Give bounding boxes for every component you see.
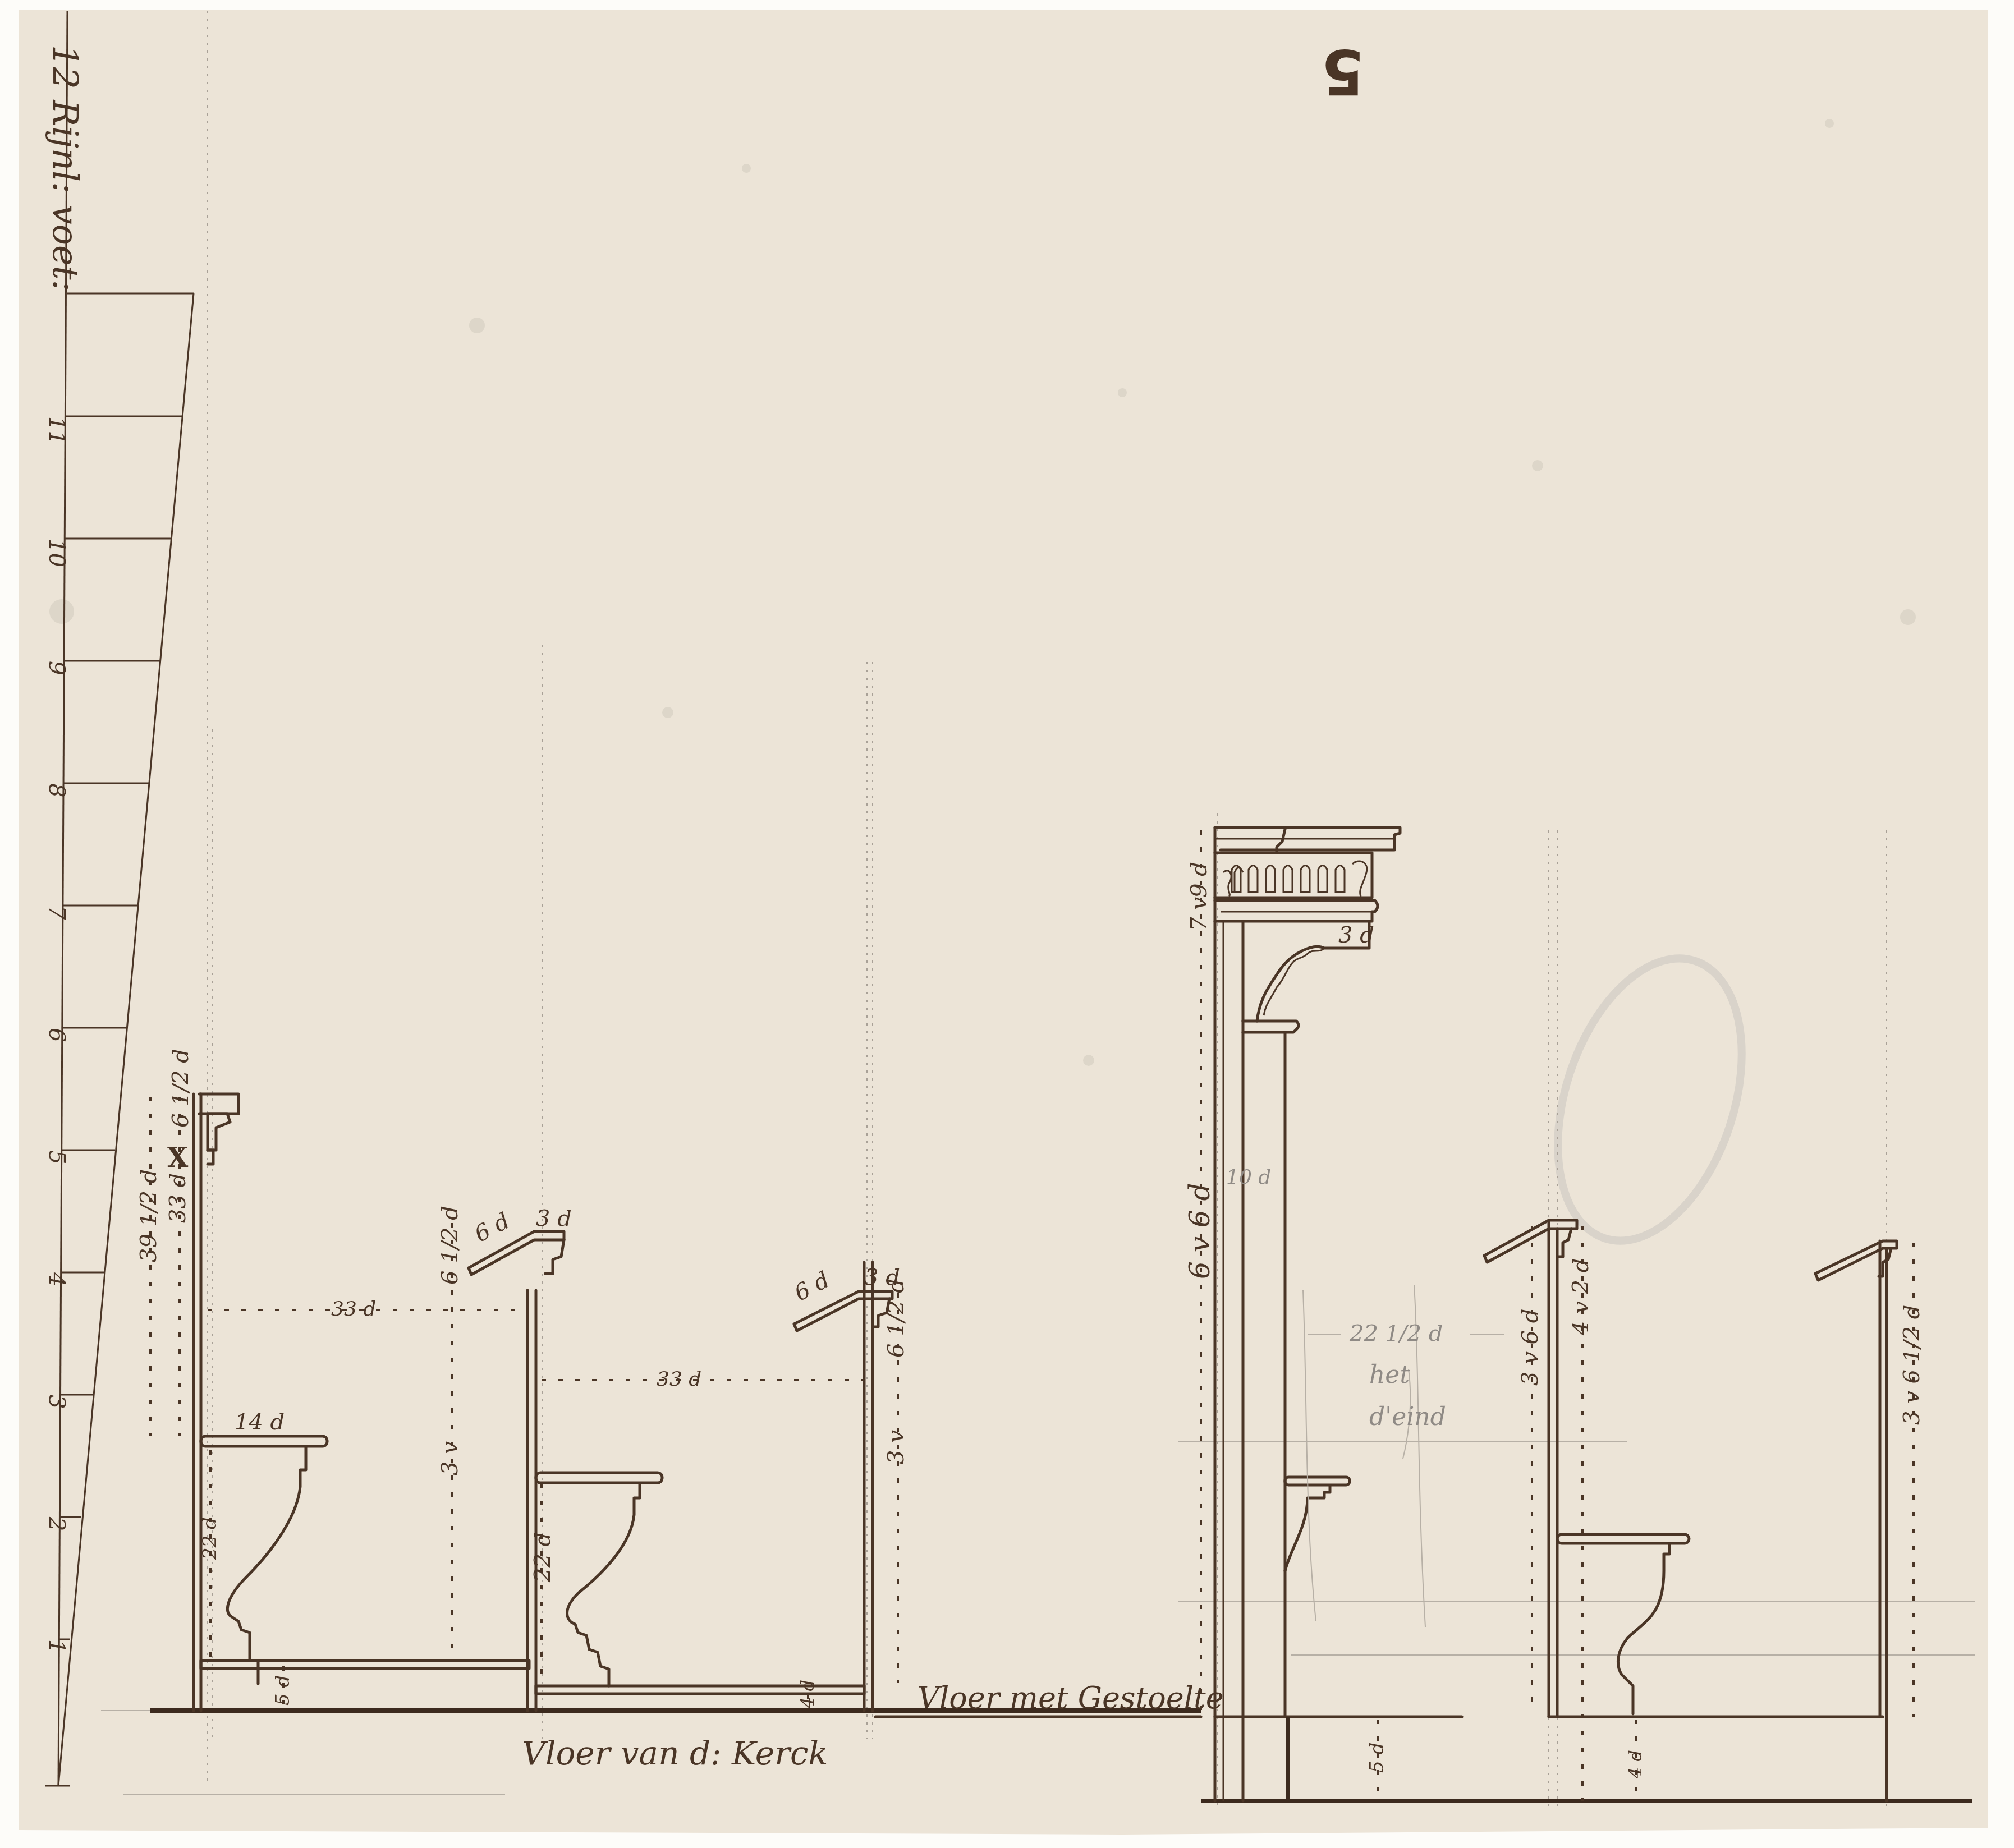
scale-tick-5: 5 xyxy=(44,1150,70,1164)
pew4-back-height: 3 v 6 d xyxy=(1517,1309,1543,1386)
floor-church-label: Vloer van d: Kerck xyxy=(522,1734,828,1772)
pew4-desk-height: 4 v 2 d xyxy=(1568,1258,1594,1336)
pew1-spacing: 33 d xyxy=(331,1298,376,1321)
architectural-drawing: 5 1 2 3 4 5 6 7 8 9 xyxy=(0,0,2014,1848)
pew5-desk-height: 3 v 6 1/2 d xyxy=(1899,1305,1925,1425)
pew2-spacing: 33 d xyxy=(657,1368,701,1391)
scale-tick-4: 4 xyxy=(44,1272,70,1286)
pencil-note-line-1: het xyxy=(1369,1360,1410,1389)
pew1-back-height: 33 d xyxy=(165,1173,191,1223)
pew3-desk-upper: 6 1/2 d xyxy=(883,1279,909,1358)
canopy-entablature: 7 v xyxy=(1186,897,1212,931)
scale-tick-6: 6 xyxy=(44,1028,70,1042)
scale-tick-1: 1 xyxy=(44,1639,70,1653)
scale-tick-11: 11 xyxy=(44,416,70,445)
canopy-base-step: 5 d xyxy=(1366,1743,1388,1773)
pew1-seat-height: 22 d xyxy=(199,1517,221,1560)
pew2-desk-upper: 6 1/2 d xyxy=(437,1206,463,1285)
pew4-opening-width: 22 1/2 d xyxy=(1349,1321,1443,1346)
pew2-desk-top: 3 d xyxy=(536,1206,572,1231)
pew2-desk-lower: 3 v xyxy=(437,1441,463,1475)
scale-tick-2: 2 xyxy=(44,1516,70,1531)
pencil-note-line-2: d'eind xyxy=(1369,1403,1446,1431)
canopy-cornice-height: 9 d xyxy=(1186,862,1212,898)
scale-tick-9: 9 xyxy=(44,661,70,675)
scale-title: 12 Rijnl: voet: xyxy=(45,45,86,292)
drawing-sheet: 5 1 2 3 4 5 6 7 8 9 xyxy=(0,0,2014,1848)
pew1-total-height: 39 1/2 d xyxy=(136,1169,162,1262)
canopy-column-width: 10 d xyxy=(1226,1166,1271,1189)
sheet-number: 5 xyxy=(1322,36,1365,108)
pew2-floor-step: 4 d xyxy=(797,1680,818,1709)
scale-tick-7: 7 xyxy=(44,905,70,920)
pew1-cornice: 6 1/2 d xyxy=(168,1049,194,1128)
paper xyxy=(19,10,1988,1835)
canopy-bracket: 3 d xyxy=(1338,922,1374,948)
pew1-floor-step: 5 d xyxy=(272,1675,294,1706)
scale-tick-8: 8 xyxy=(44,783,70,797)
pew1-mark: X xyxy=(167,1142,189,1174)
scale-tick-10: 10 xyxy=(44,539,70,567)
scale-tick-3: 3 xyxy=(44,1395,70,1409)
pew1-seat-depth: 14 d xyxy=(235,1409,285,1435)
pew4-floor-step: 4 d xyxy=(1625,1750,1646,1779)
canopy-total-height: 6 v 6 d xyxy=(1183,1183,1216,1279)
pew3-desk-lower: 3 v xyxy=(883,1430,909,1464)
floor-pews-label: Vloer met Gestoelte xyxy=(917,1680,1224,1716)
pew2-seat-height: 22 d xyxy=(530,1532,556,1583)
